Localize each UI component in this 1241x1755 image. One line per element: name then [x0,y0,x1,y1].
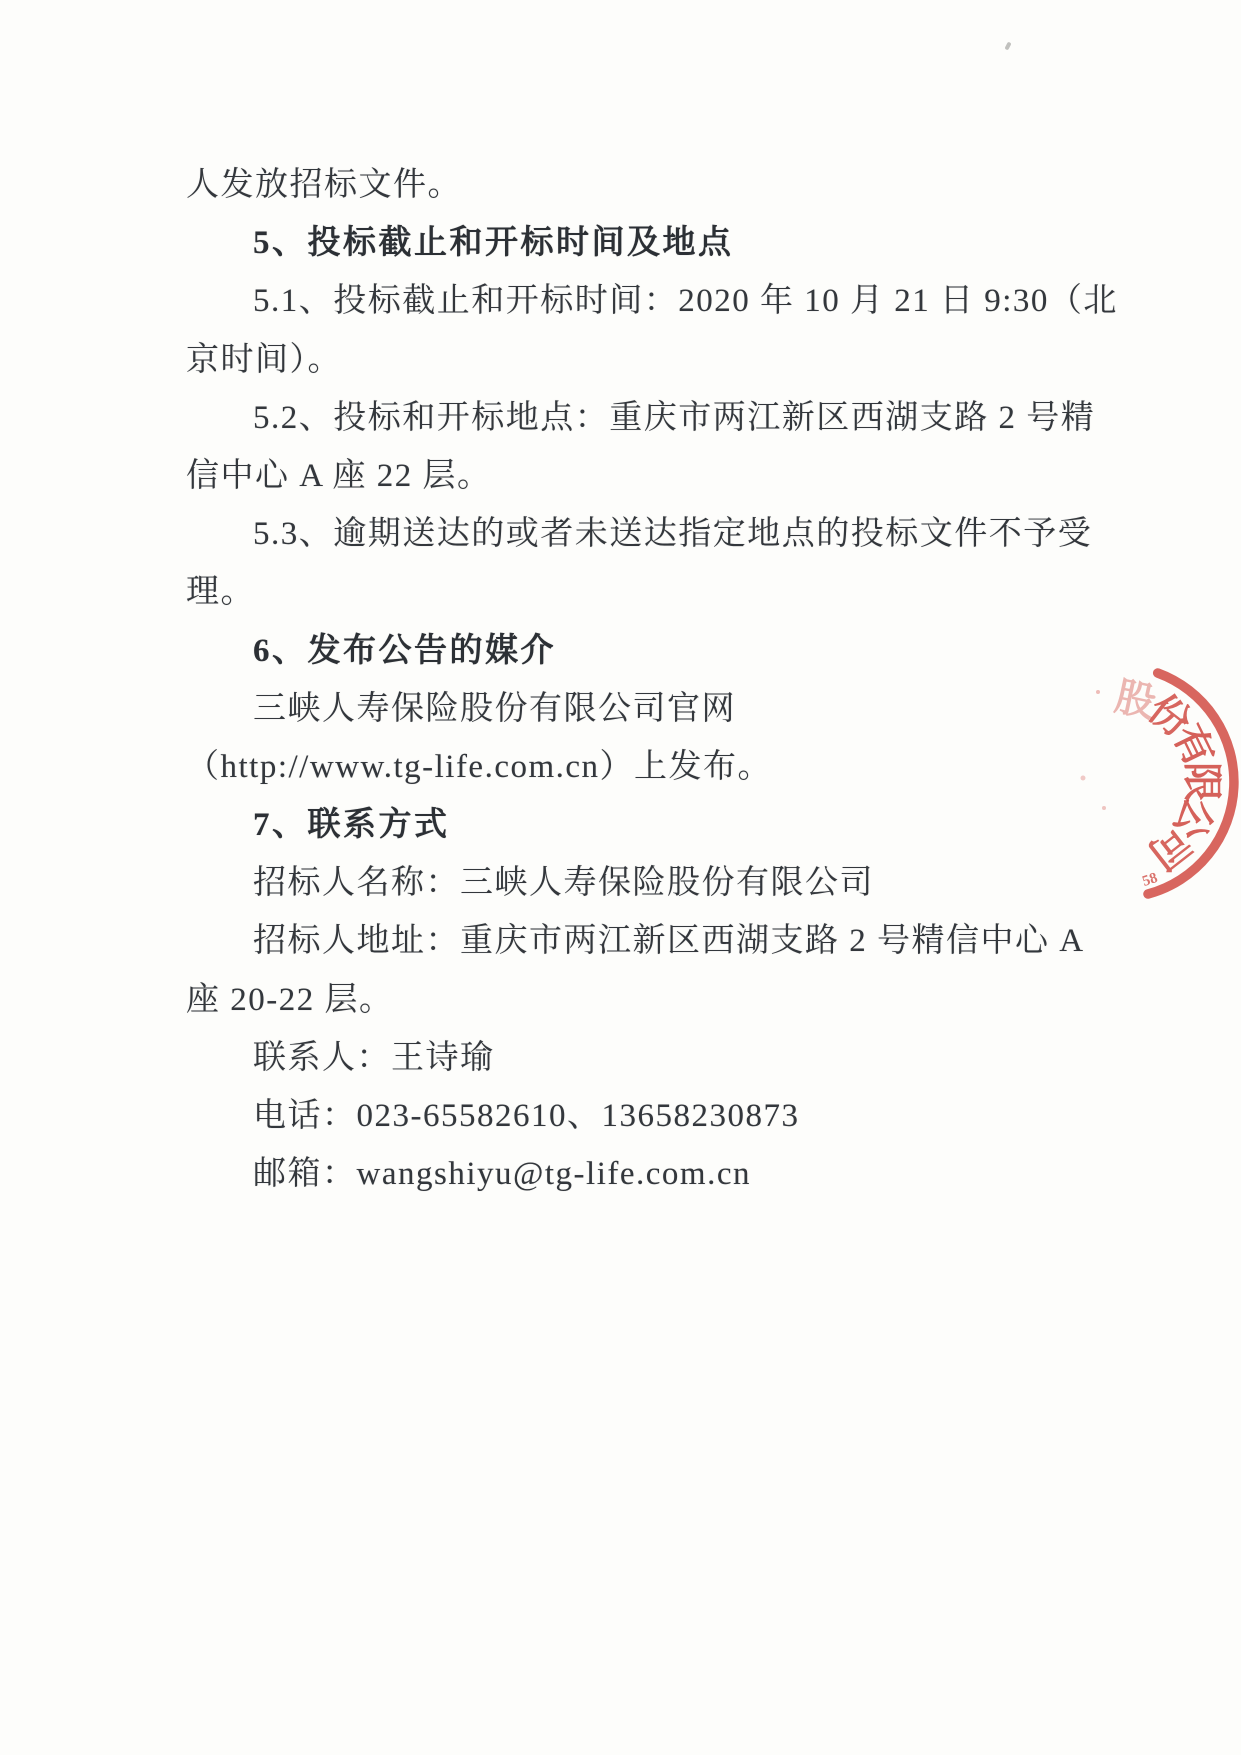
section-heading: 5、投标截止和开标时间及地点 [186,214,1076,272]
seal-ink-speck [1081,776,1086,781]
text-line: 邮箱：wangshiyu@tg-life.com.cn [186,1145,1076,1203]
text-line: （http://www.tg-life.com.cn）上发布。 [186,738,1076,796]
text-line: 联系人：王诗瑜 [186,1029,1076,1087]
text-line: 招标人名称：三峡人寿保险股份有限公司 [186,854,1076,912]
section-heading: 6、发布公告的媒介 [186,622,1076,680]
text-line: 理。 [186,563,1076,621]
text-line: 5.3、逾期送达的或者未送达指定地点的投标文件不予受 [186,505,1076,563]
text-line: 京时间）。 [186,331,1076,389]
section-heading: 7、联系方式 [186,796,1076,854]
seal-ink-speck [1096,690,1100,694]
scan-artifact [582,936,586,940]
text-line: 人发放招标文件。 [186,156,1076,214]
text-line: 5.1、投标截止和开标时间：2020 年 10 月 21 日 9:30（北 [186,272,1076,330]
text-line: 招标人地址：重庆市两江新区西湖支路 2 号精信中心 A [186,912,1076,970]
company-seal: 股 份 有 限 公 司 58 [980,628,1241,958]
text-line: 信中心 A 座 22 层。 [186,447,1076,505]
scan-artifact [1004,42,1011,51]
scanned-document-page: 人发放招标文件。5、投标截止和开标时间及地点5.1、投标截止和开标时间：2020… [0,0,1241,1755]
text-line: 电话：023-65582610、13658230873 [186,1087,1076,1145]
document-lines: 人发放招标文件。5、投标截止和开标时间及地点5.1、投标截止和开标时间：2020… [186,156,1076,1203]
text-line: 三峡人寿保险股份有限公司官网 [186,680,1076,738]
text-line: 5.2、投标和开标地点：重庆市两江新区西湖支路 2 号精 [186,389,1076,447]
text-line: 座 20-22 层。 [186,971,1076,1029]
seal-ink-speck [1102,806,1106,810]
